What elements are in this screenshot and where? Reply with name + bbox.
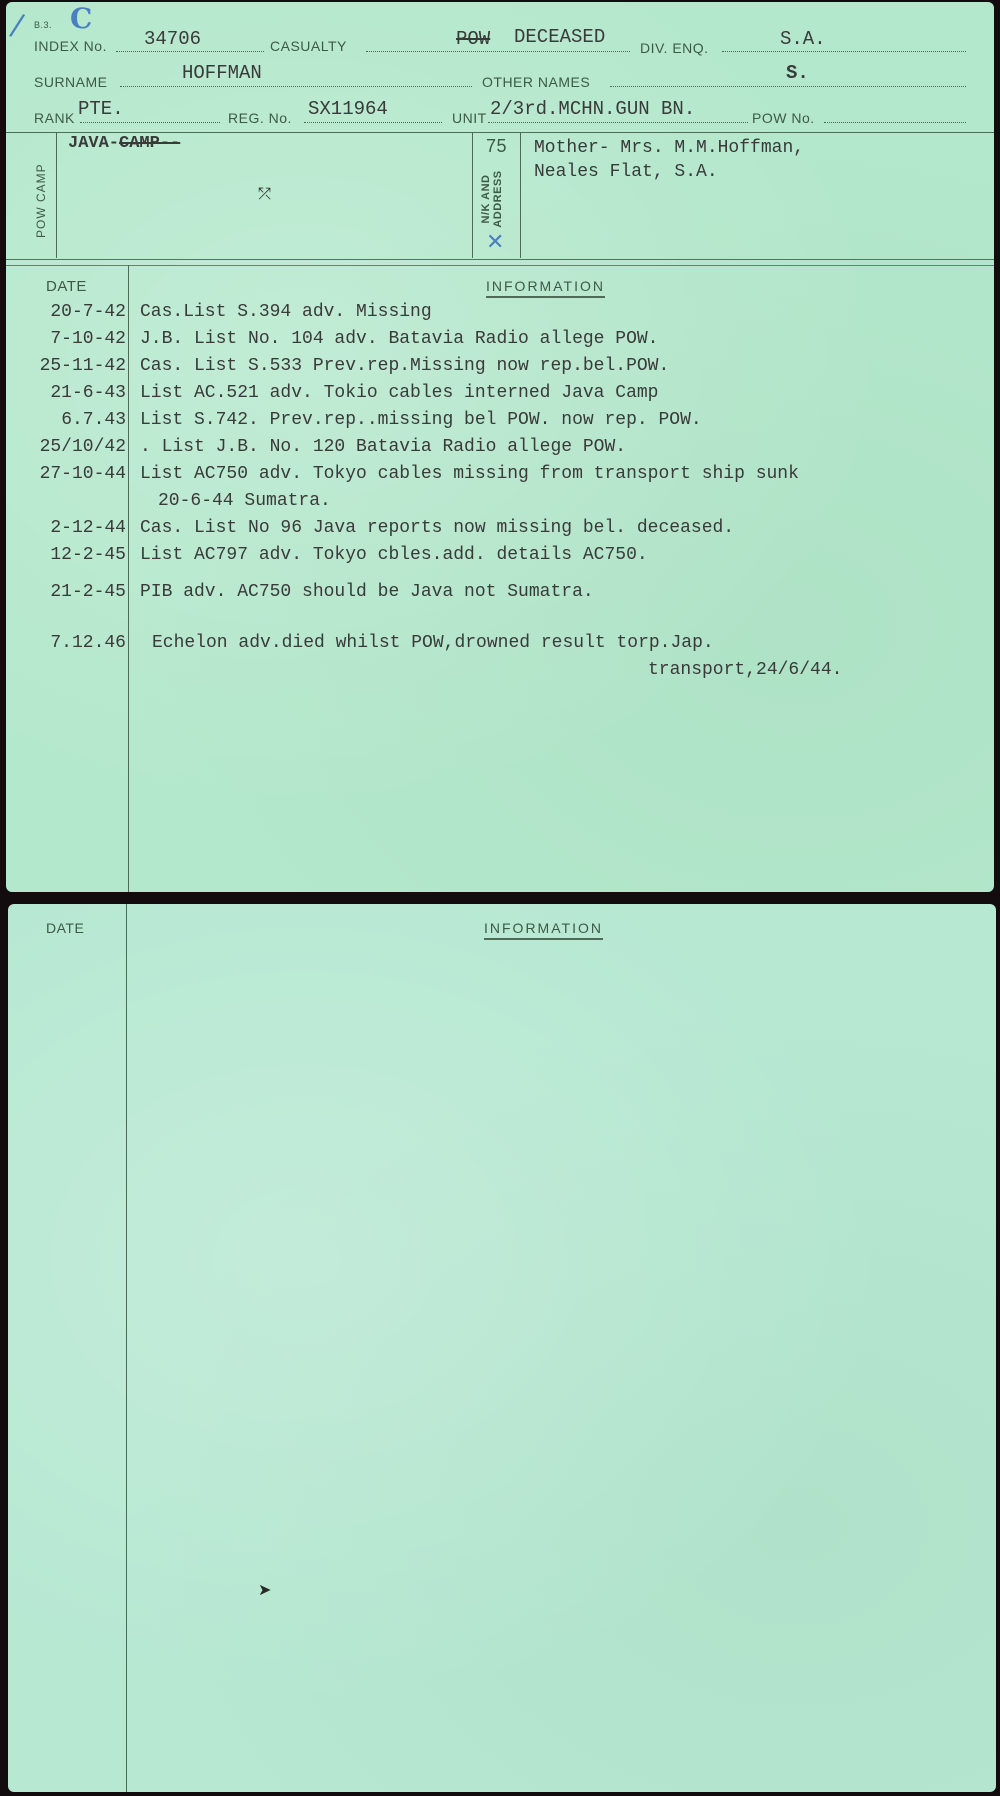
pow-camp-text: JAVA- [68,134,119,153]
reg-no-label: REG. No. [228,110,292,126]
rank-value: PTE. [78,98,124,120]
div-enq-value: S.A. [780,28,826,50]
entry-date: 12-2-45 [50,545,126,565]
pow-no-label: POW No. [752,110,815,126]
pow-camp-value: JAVA-CAMP-- [68,134,180,153]
back-date-column-divider [126,904,127,1792]
surname-line [120,86,472,87]
entry-info: List AC750 adv. Tokyo cables missing fro… [140,464,799,484]
box-top-border [6,132,994,133]
pow-camp-label-divider [56,132,57,258]
entry-info: Cas.List S.394 adv. Missing [140,302,432,322]
unit-value: 2/3rd.MCHN.GUN BN. [490,98,695,120]
nk-number: 75 [486,136,507,157]
pow-no-line [824,122,966,123]
casualty-line [366,51,630,52]
handwritten-slash-mark: / [8,7,27,43]
handwritten-c-mark: C [70,2,92,35]
entry-date: 2-12-44 [50,518,126,538]
index-no-line [116,51,264,52]
ink-speck: ⤱ [258,186,271,204]
entry-info: List AC797 adv. Tokyo cbles.add. details… [140,545,648,565]
nk-address-line-2: Neales Flat, S.A. [534,160,804,184]
nk-address-value: Mother- Mrs. M.M.Hoffman, Neales Flat, S… [534,136,804,184]
nk-column-left-border [472,132,473,258]
date-column-header: DATE [46,278,87,295]
entry-info: PIB adv. AC750 should be Java not Sumatr… [140,582,594,602]
date-column-divider [128,265,129,892]
record-card-front: / B.3. C INDEX No. 34706 CASUALTY POW DE… [6,2,994,892]
back-information-column-header: INFORMATION [484,920,603,940]
entry-date: 20-7-42 [50,302,126,322]
entry-info-continued: transport,24/6/44. [648,660,842,680]
back-date-column-header: DATE [46,920,84,936]
casualty-struck-value: POW [456,28,490,50]
rank-line [80,122,220,123]
other-names-label: OTHER NAMES [482,74,590,90]
casualty-value: DECEASED [514,26,605,48]
entry-info: List S.742. Prev.rep..missing bel POW. n… [140,410,702,430]
unit-line [488,122,748,123]
record-card-back: DATE INFORMATION ➤ [8,904,996,1792]
entry-date: 27-10-44 [40,464,126,484]
form-code: B.3. [34,20,52,30]
index-no-label: INDEX No. [34,38,107,54]
entry-info: . List J.B. No. 120 Batavia Radio allege… [140,437,626,457]
entry-date: 7.12.46 [50,633,126,653]
index-no-value: 34706 [144,28,201,50]
nk-column-right-border [520,132,521,258]
div-enq-line [722,51,966,52]
pow-camp-label: POW CAMP [34,163,48,238]
entry-info: List AC.521 adv. Tokio cables interned J… [140,383,658,403]
surname-value: HOFFMAN [182,62,262,84]
unit-label: UNIT [452,110,487,126]
reg-no-value: SX11964 [308,98,388,120]
entry-date: 6.7.43 [61,410,126,430]
entry-date: 25/10/42 [40,437,126,457]
other-names-value: S. [786,62,809,84]
entry-info: Cas. List S.533 Prev.rep.Missing now rep… [140,356,669,376]
ink-speck: ➤ [258,1580,271,1600]
pow-camp-struck-text: CAMP-- [119,134,180,153]
entry-info: J.B. List No. 104 adv. Batavia Radio all… [140,329,658,349]
entry-info: Cas. List No 96 Java reports now missing… [140,518,734,538]
entry-date: 7-10-42 [50,329,126,349]
entry-date: 21-6-43 [50,383,126,403]
entry-info: Echelon adv.died whilst POW,drowned resu… [152,633,714,653]
entry-date: 25-11-42 [40,356,126,376]
div-enq-label: DIV. ENQ. [640,40,709,56]
surname-label: SURNAME [34,74,108,90]
casualty-label: CASUALTY [270,38,347,54]
reg-no-line [304,122,442,123]
blue-x-mark: ✕ [486,230,504,255]
section-divider-1 [6,259,994,260]
other-names-line [610,86,966,87]
rank-label: RANK [34,110,75,126]
information-column-header: INFORMATION [486,278,605,298]
entry-info-continued: 20-6-44 Sumatra. [158,491,331,511]
entry-date: 21-2-45 [50,582,126,602]
section-divider-2 [6,265,994,266]
nk-address-line-1: Mother- Mrs. M.M.Hoffman, [534,136,804,160]
